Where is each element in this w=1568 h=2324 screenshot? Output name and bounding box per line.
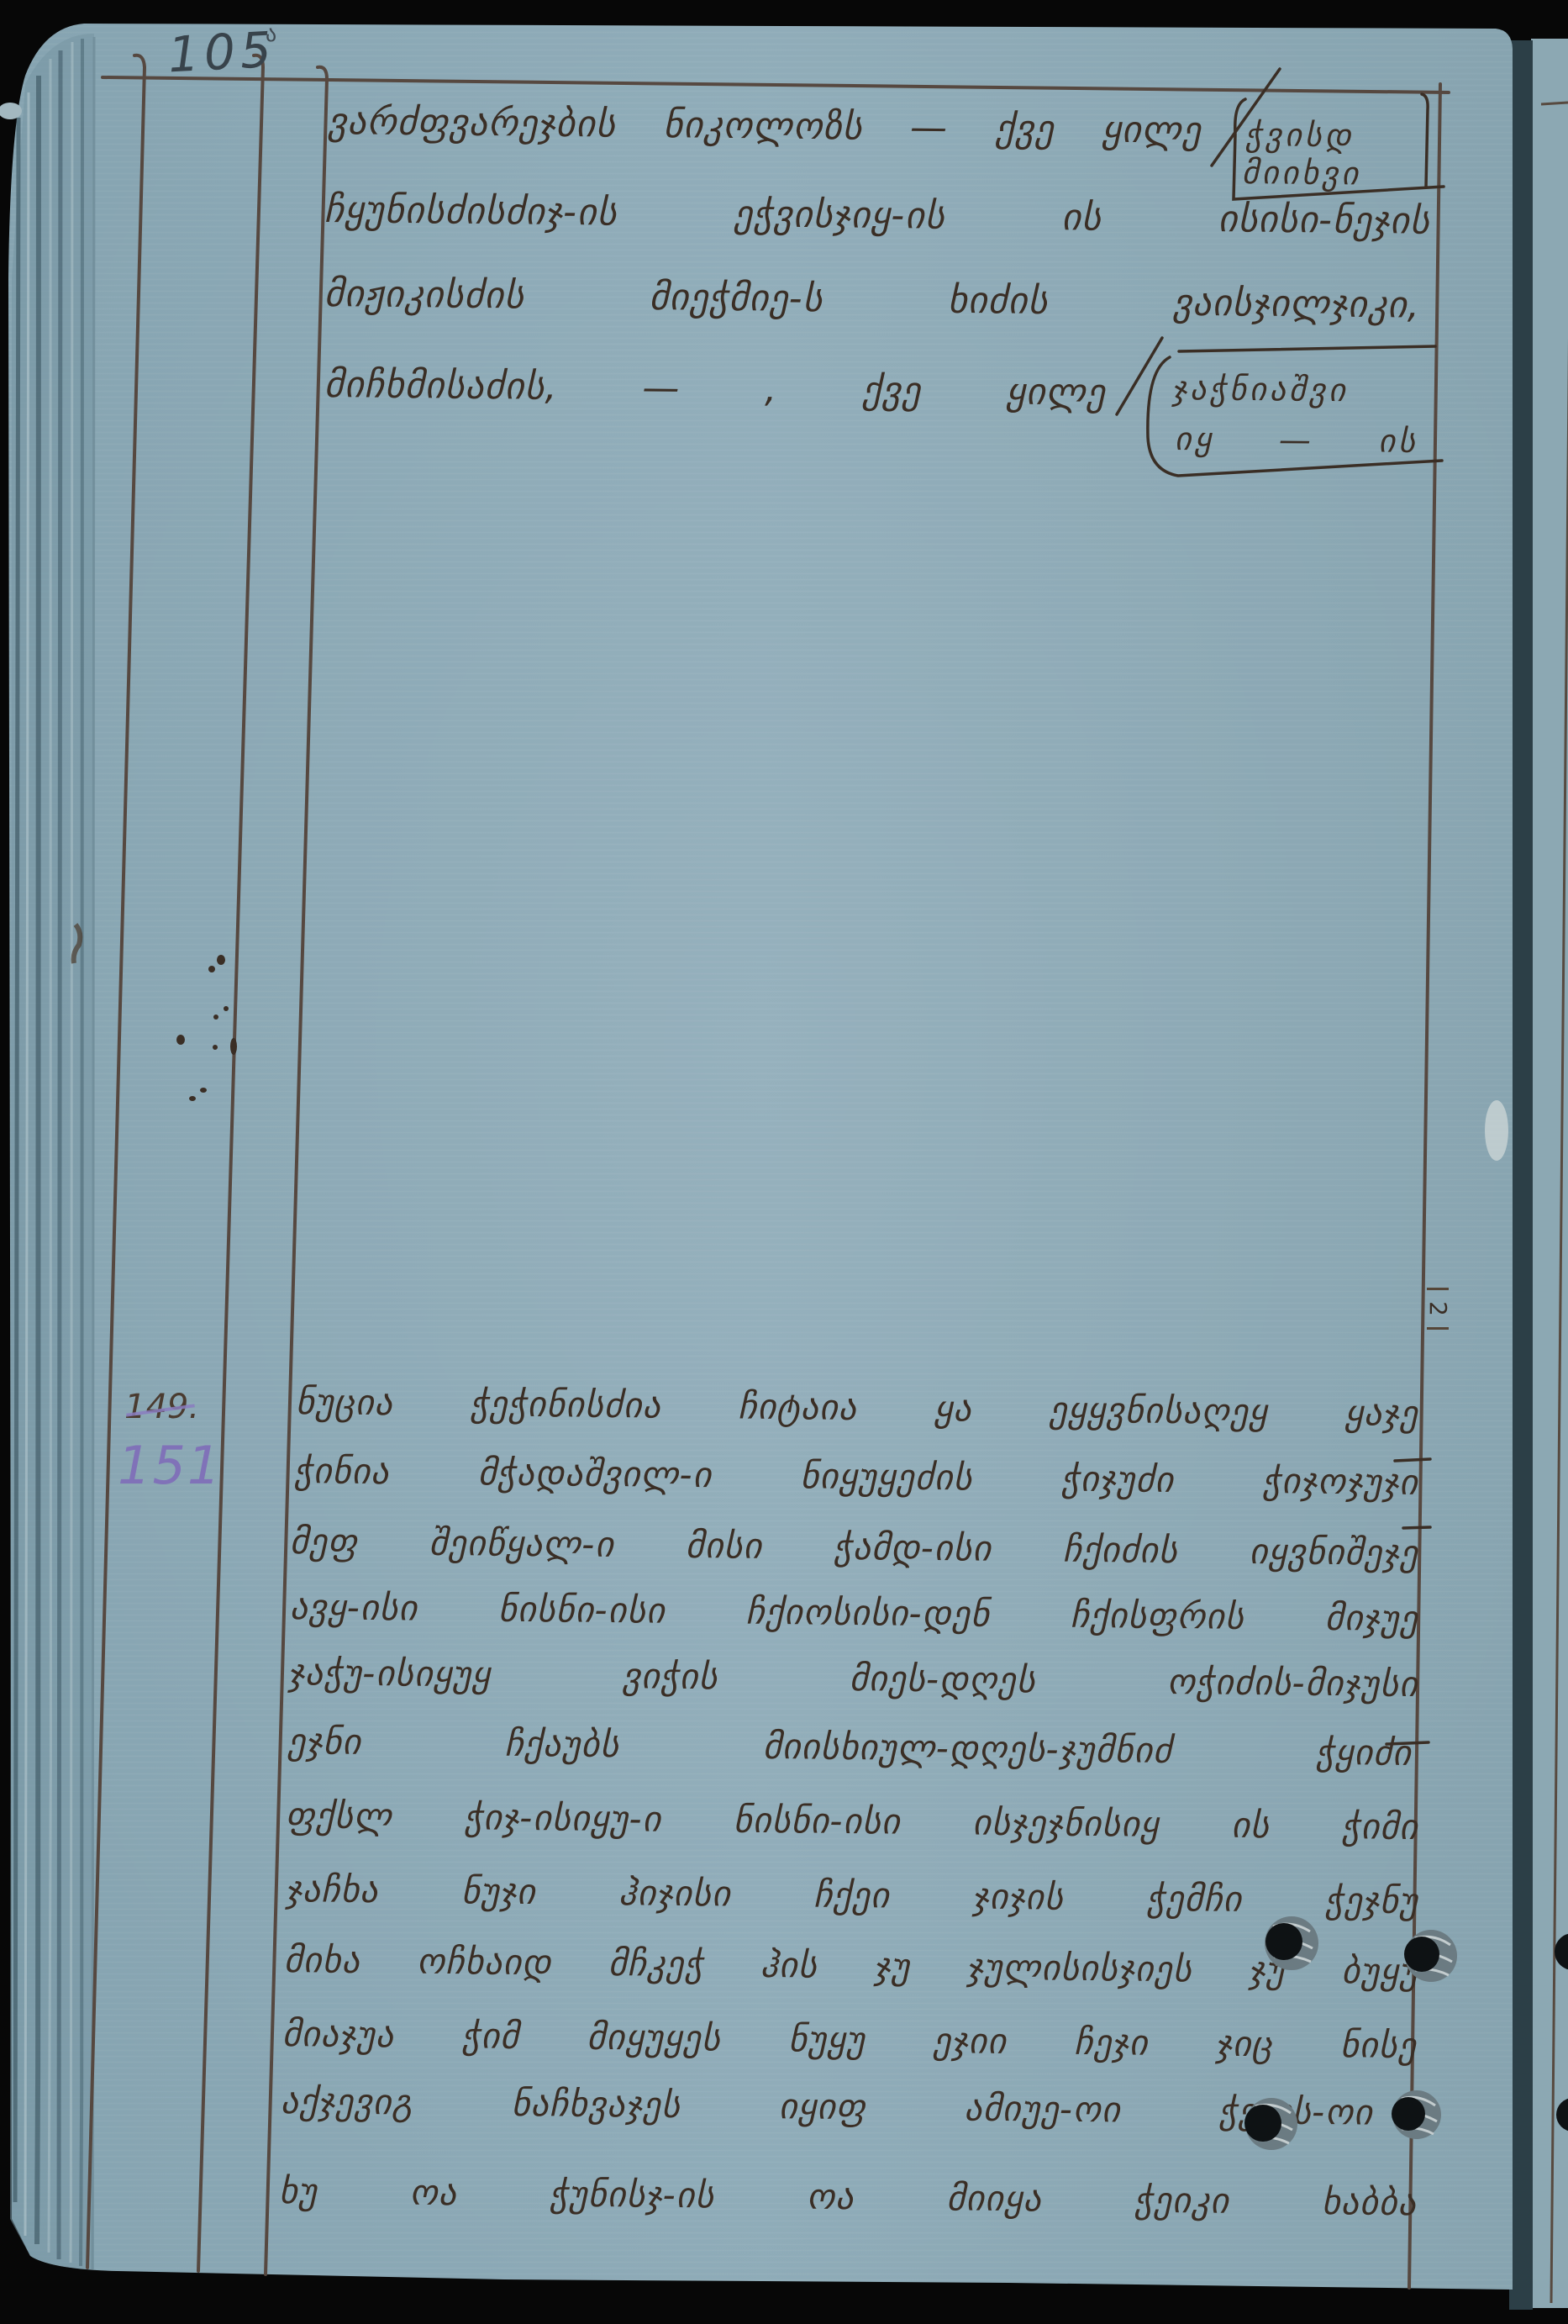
paper-abrasion (1485, 1100, 1508, 1161)
note-box-1-line: მიიხვი (1242, 152, 1418, 194)
entry-top-line: ვარძფვარეჯბის ნიკოლოზს — ქვე ყილე (328, 98, 1202, 155)
page-stack-edges (0, 34, 94, 2269)
folio-number: 105 (166, 23, 277, 82)
note-box-2-line: იყ — ის (1175, 419, 1418, 461)
manuscript-scan: 105 ა 149. 151 2 ვარძფვარეჯბის ნიკოლოზს … (0, 0, 1568, 2324)
right-margin-mark-text: 2 (1419, 1301, 1456, 1316)
note-box-1-line: ჭვისდ (1245, 114, 1413, 156)
entry-top-line: მიჩხმისაძის, — , ქვე ყილე (324, 361, 1107, 417)
entry-number: 151 (118, 1436, 222, 1496)
right-margin-mark: 2 (1427, 1288, 1449, 1330)
note-box-2-line: ჯაჭნიაშვი (1172, 368, 1424, 411)
folio-superscript: ა (266, 22, 276, 47)
next-page-edge (1509, 39, 1568, 2310)
